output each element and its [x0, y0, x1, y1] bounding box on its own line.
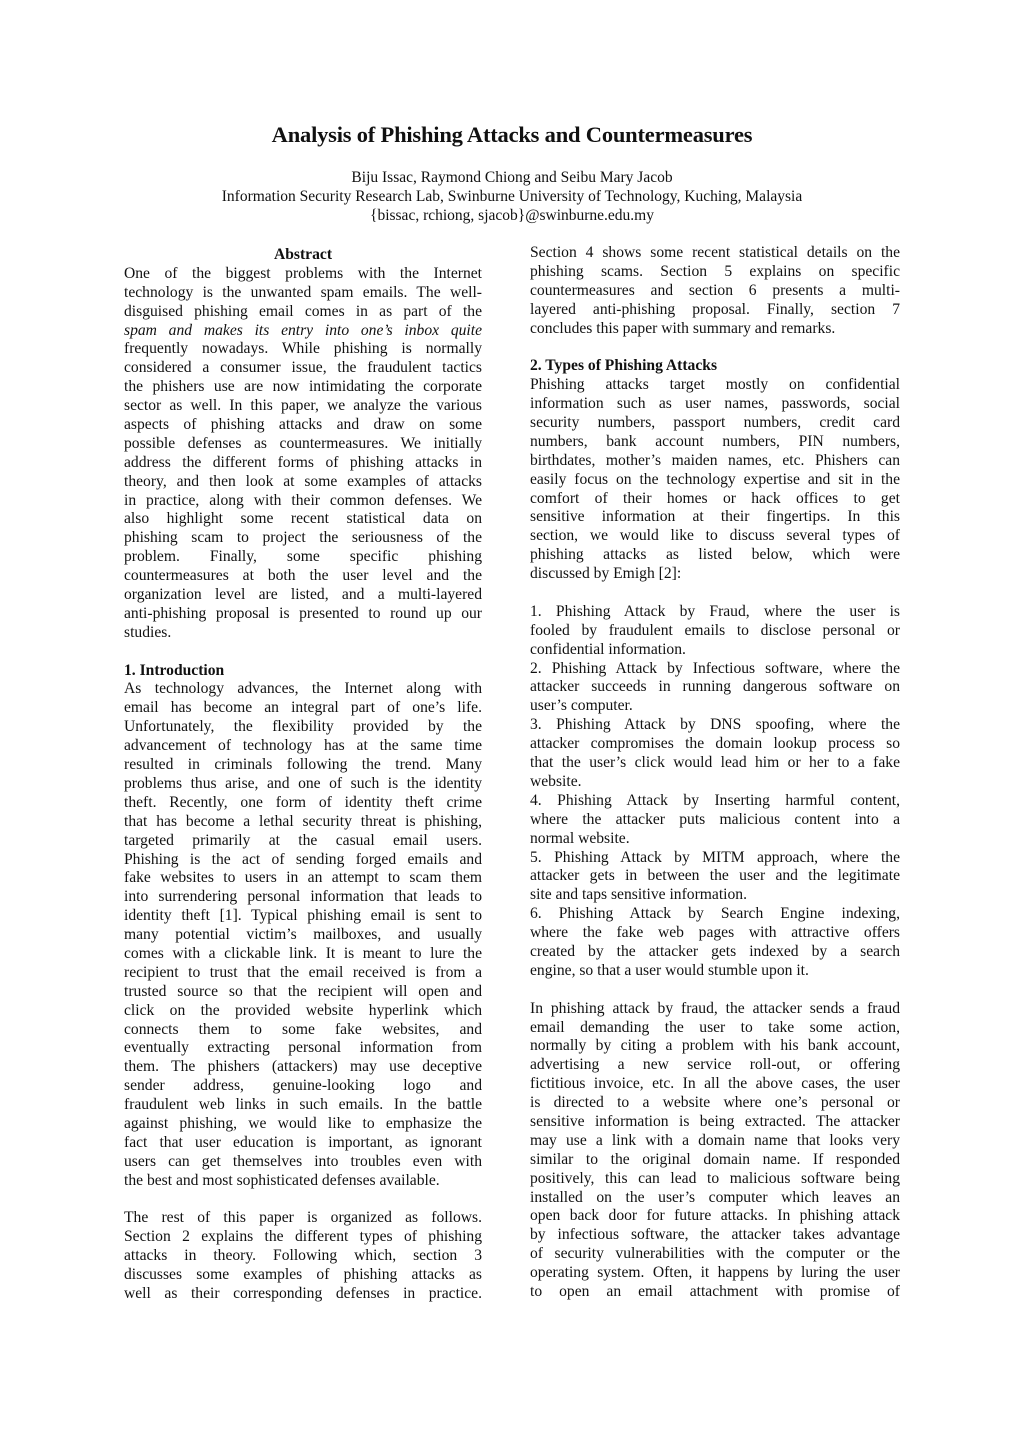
intro-line: many potential victim’s mailboxes, and u… [124, 926, 482, 945]
fraud-line: open back door for future attacks. In ph… [530, 1207, 900, 1226]
list-item-line: 4. Phishing Attack by Inserting harmful … [530, 792, 900, 811]
left-column: Abstract One of the biggest problems wit… [124, 246, 482, 1304]
list-item-line: confidential information. [530, 641, 900, 660]
intro-body: As technology advances, the Internet alo… [124, 680, 482, 1190]
list-item-line: engine, so that a user would stumble upo… [530, 962, 900, 981]
types-intro-line: discussed by Emigh [2]: [530, 565, 900, 584]
organization-paragraph: The rest of this paper is organized as f… [124, 1209, 482, 1303]
list-item-line: site and taps sensitive information. [530, 886, 900, 905]
intro-line: eventually extracting personal informati… [124, 1039, 482, 1058]
types-intro-line: birthdates, mother’s maiden names, etc. … [530, 452, 900, 471]
list-item-line: 1. Phishing Attack by Fraud, where the u… [530, 603, 900, 622]
abstract-line: phishing scam to project the seriousness… [124, 529, 482, 548]
types-intro-line: section, we would like to discuss severa… [530, 527, 900, 546]
intro-line: fake websites to users in an attempt to … [124, 869, 482, 888]
intro-line: into surrendering personal information t… [124, 888, 482, 907]
list-item-line: user’s computer. [530, 697, 900, 716]
list-item-line: 5. Phishing Attack by MITM approach, whe… [530, 849, 900, 868]
abstract-line: disguised phishing email comes in as par… [124, 303, 482, 322]
intro-heading: 1. Introduction [124, 662, 482, 681]
abstract-line: problem. Finally, some specific phishing [124, 548, 482, 567]
intro-line: sender address, genuine-looking logo and [124, 1077, 482, 1096]
list-item-line: fooled by fraudulent emails to disclose … [530, 622, 900, 641]
fraud-line: operating system. Often, it happens by l… [530, 1264, 900, 1283]
right-column: Section 4 shows some recent statistical … [530, 244, 900, 1302]
continuation-line: layered anti-phishing proposal. Finally,… [530, 301, 900, 320]
types-intro-line: sensitive information at their fingertip… [530, 508, 900, 527]
paper-authors: Biju Issac, Raymond Chiong and Seibu Mar… [0, 169, 1024, 187]
list-item-line: 2. Phishing Attack by Infectious softwar… [530, 660, 900, 679]
paper-title: Analysis of Phishing Attacks and Counter… [0, 122, 1024, 148]
intro-line: users can get themselves into troubles e… [124, 1153, 482, 1172]
fraud-line: email demanding the user to take some ac… [530, 1019, 900, 1038]
intro-line: identity theft [1]. Typical phishing ema… [124, 907, 482, 926]
intro-line: targeted primarily at the casual email u… [124, 832, 482, 851]
list-item-line: attacker succeeds in running dangerous s… [530, 678, 900, 697]
intro-line: problems thus arise, and one of such is … [124, 775, 482, 794]
abstract-body: One of the biggest problems with the Int… [124, 265, 482, 643]
organization-line: well as their corresponding defenses in … [124, 1285, 482, 1304]
types-intro-line: Phishing attacks target mostly on confid… [530, 376, 900, 395]
intro-line: Unfortunately, the flexibility provided … [124, 718, 482, 737]
abstract-line: organization level are listed, and a mul… [124, 586, 482, 605]
continuation-line: Section 4 shows some recent statistical … [530, 244, 900, 263]
abstract-line: spam and makes its entry into one’s inbo… [124, 322, 482, 341]
fraud-line: installed on the user’s computer which l… [530, 1189, 900, 1208]
intro-line: against phishing, we would like to empha… [124, 1115, 482, 1134]
fraud-line: positively, this can lead to malicious s… [530, 1170, 900, 1189]
abstract-line: frequently nowadays. While phishing is n… [124, 340, 482, 359]
organization-line: discusses some examples of phishing atta… [124, 1266, 482, 1285]
intro-line: comes with a clickable link. It is meant… [124, 945, 482, 964]
organization-line: The rest of this paper is organized as f… [124, 1209, 482, 1228]
intro-line: recipient to trust that the email receiv… [124, 964, 482, 983]
list-item-line: 3. Phishing Attack by DNS spoofing, wher… [530, 716, 900, 735]
abstract-line: address the different forms of phishing … [124, 454, 482, 473]
organization-line: attacks in theory. Following which, sect… [124, 1247, 482, 1266]
intro-line: click on the provided website hyperlink … [124, 1002, 482, 1021]
list-item-line: where the fake web pages with attractive… [530, 924, 900, 943]
types-intro-line: information such as user names, password… [530, 395, 900, 414]
types-heading: 2. Types of Phishing Attacks [530, 357, 900, 376]
continuation-line: phishing scams. Section 5 explains on sp… [530, 263, 900, 282]
types-intro-line: easily focus on the technology expertise… [530, 471, 900, 490]
intro-line: the best and most sophisticated defenses… [124, 1172, 482, 1191]
list-item-line: that the user’s click would lead him or … [530, 754, 900, 773]
intro-line: fact that user education is important, a… [124, 1134, 482, 1153]
fraud-line: is directed to a website where one’s per… [530, 1094, 900, 1113]
organization-line: Section 2 explains the different types o… [124, 1228, 482, 1247]
abstract-line: anti-phishing proposal is presented to r… [124, 605, 482, 624]
abstract-line: the phishers use are now intimidating th… [124, 378, 482, 397]
fraud-line: similar to the original domain name. If … [530, 1151, 900, 1170]
fraud-line: fictitious invoice, etc. In all the abov… [530, 1075, 900, 1094]
list-item-line: 6. Phishing Attack by Search Engine inde… [530, 905, 900, 924]
abstract-line: theory, and then look at some examples o… [124, 473, 482, 492]
abstract-line: sector as well. In this paper, we analyz… [124, 397, 482, 416]
intro-line: trusted source so that the recipient wil… [124, 983, 482, 1002]
continuation-line: concludes this paper with summary and re… [530, 320, 900, 339]
abstract-line: considered a consumer issue, the fraudul… [124, 359, 482, 378]
intro-line: Phishing is the act of sending forged em… [124, 851, 482, 870]
intro-line: them. The phishers (attackers) may use d… [124, 1058, 482, 1077]
intro-line: fraudulent web links in such emails. In … [124, 1096, 482, 1115]
list-item-line: normal website. [530, 830, 900, 849]
attack-types-list: 1. Phishing Attack by Fraud, where the u… [530, 603, 900, 981]
intro-line: connects them to some fake websites, and [124, 1021, 482, 1040]
fraud-paragraph: In phishing attack by fraud, the attacke… [530, 1000, 900, 1302]
list-item-line: created by the attacker gets indexed by … [530, 943, 900, 962]
intro-line: resulted in criminals following the tren… [124, 756, 482, 775]
paper-emails: {bissac, rchiong, sjacob}@swinburne.edu.… [0, 207, 1024, 225]
abstract-line: technology is the unwanted spam emails. … [124, 284, 482, 303]
intro-line: email has become an integral part of one… [124, 699, 482, 718]
abstract-line: aspects of phishing attacks and draw on … [124, 416, 482, 435]
list-item-line: attacker gets in between the user and th… [530, 867, 900, 886]
abstract-line: countermeasures at both the user level a… [124, 567, 482, 586]
types-intro-line: security numbers, passport numbers, cred… [530, 414, 900, 433]
continuation-paragraph: Section 4 shows some recent statistical … [530, 244, 900, 338]
fraud-line: of security vulnerabilities with the com… [530, 1245, 900, 1264]
intro-line: that has become a lethal security threat… [124, 813, 482, 832]
types-intro-line: numbers, bank account numbers, PIN numbe… [530, 433, 900, 452]
intro-line: theft. Recently, one form of identity th… [124, 794, 482, 813]
abstract-line: One of the biggest problems with the Int… [124, 265, 482, 284]
fraud-line: may use a link with a domain name that l… [530, 1132, 900, 1151]
list-item-line: website. [530, 773, 900, 792]
types-intro-line: comfort of their homes or hack offices t… [530, 490, 900, 509]
paper-affiliation: Information Security Research Lab, Swinb… [0, 188, 1024, 206]
intro-line: advancement of technology has at the sam… [124, 737, 482, 756]
fraud-line: normally by citing a problem with his ba… [530, 1037, 900, 1056]
abstract-line: possible defenses as countermeasures. We… [124, 435, 482, 454]
list-item-line: where the attacker puts malicious conten… [530, 811, 900, 830]
fraud-line: to open an email attachment with promise… [530, 1283, 900, 1302]
abstract-line: also highlight some recent statistical d… [124, 510, 482, 529]
intro-line: As technology advances, the Internet alo… [124, 680, 482, 699]
types-intro-paragraph: Phishing attacks target mostly on confid… [530, 376, 900, 584]
fraud-line: advertising a new service roll-out, or o… [530, 1056, 900, 1075]
abstract-line: in practice, along with their common def… [124, 492, 482, 511]
types-intro-line: phishing attacks as listed below, which … [530, 546, 900, 565]
abstract-heading: Abstract [124, 246, 482, 265]
list-item-line: attacker compromises the domain lookup p… [530, 735, 900, 754]
fraud-line: by infectious software, the attacker tak… [530, 1226, 900, 1245]
fraud-line: In phishing attack by fraud, the attacke… [530, 1000, 900, 1019]
fraud-line: sensitive information is being extracted… [530, 1113, 900, 1132]
abstract-line: studies. [124, 624, 482, 643]
continuation-line: countermeasures and section 6 presents a… [530, 282, 900, 301]
